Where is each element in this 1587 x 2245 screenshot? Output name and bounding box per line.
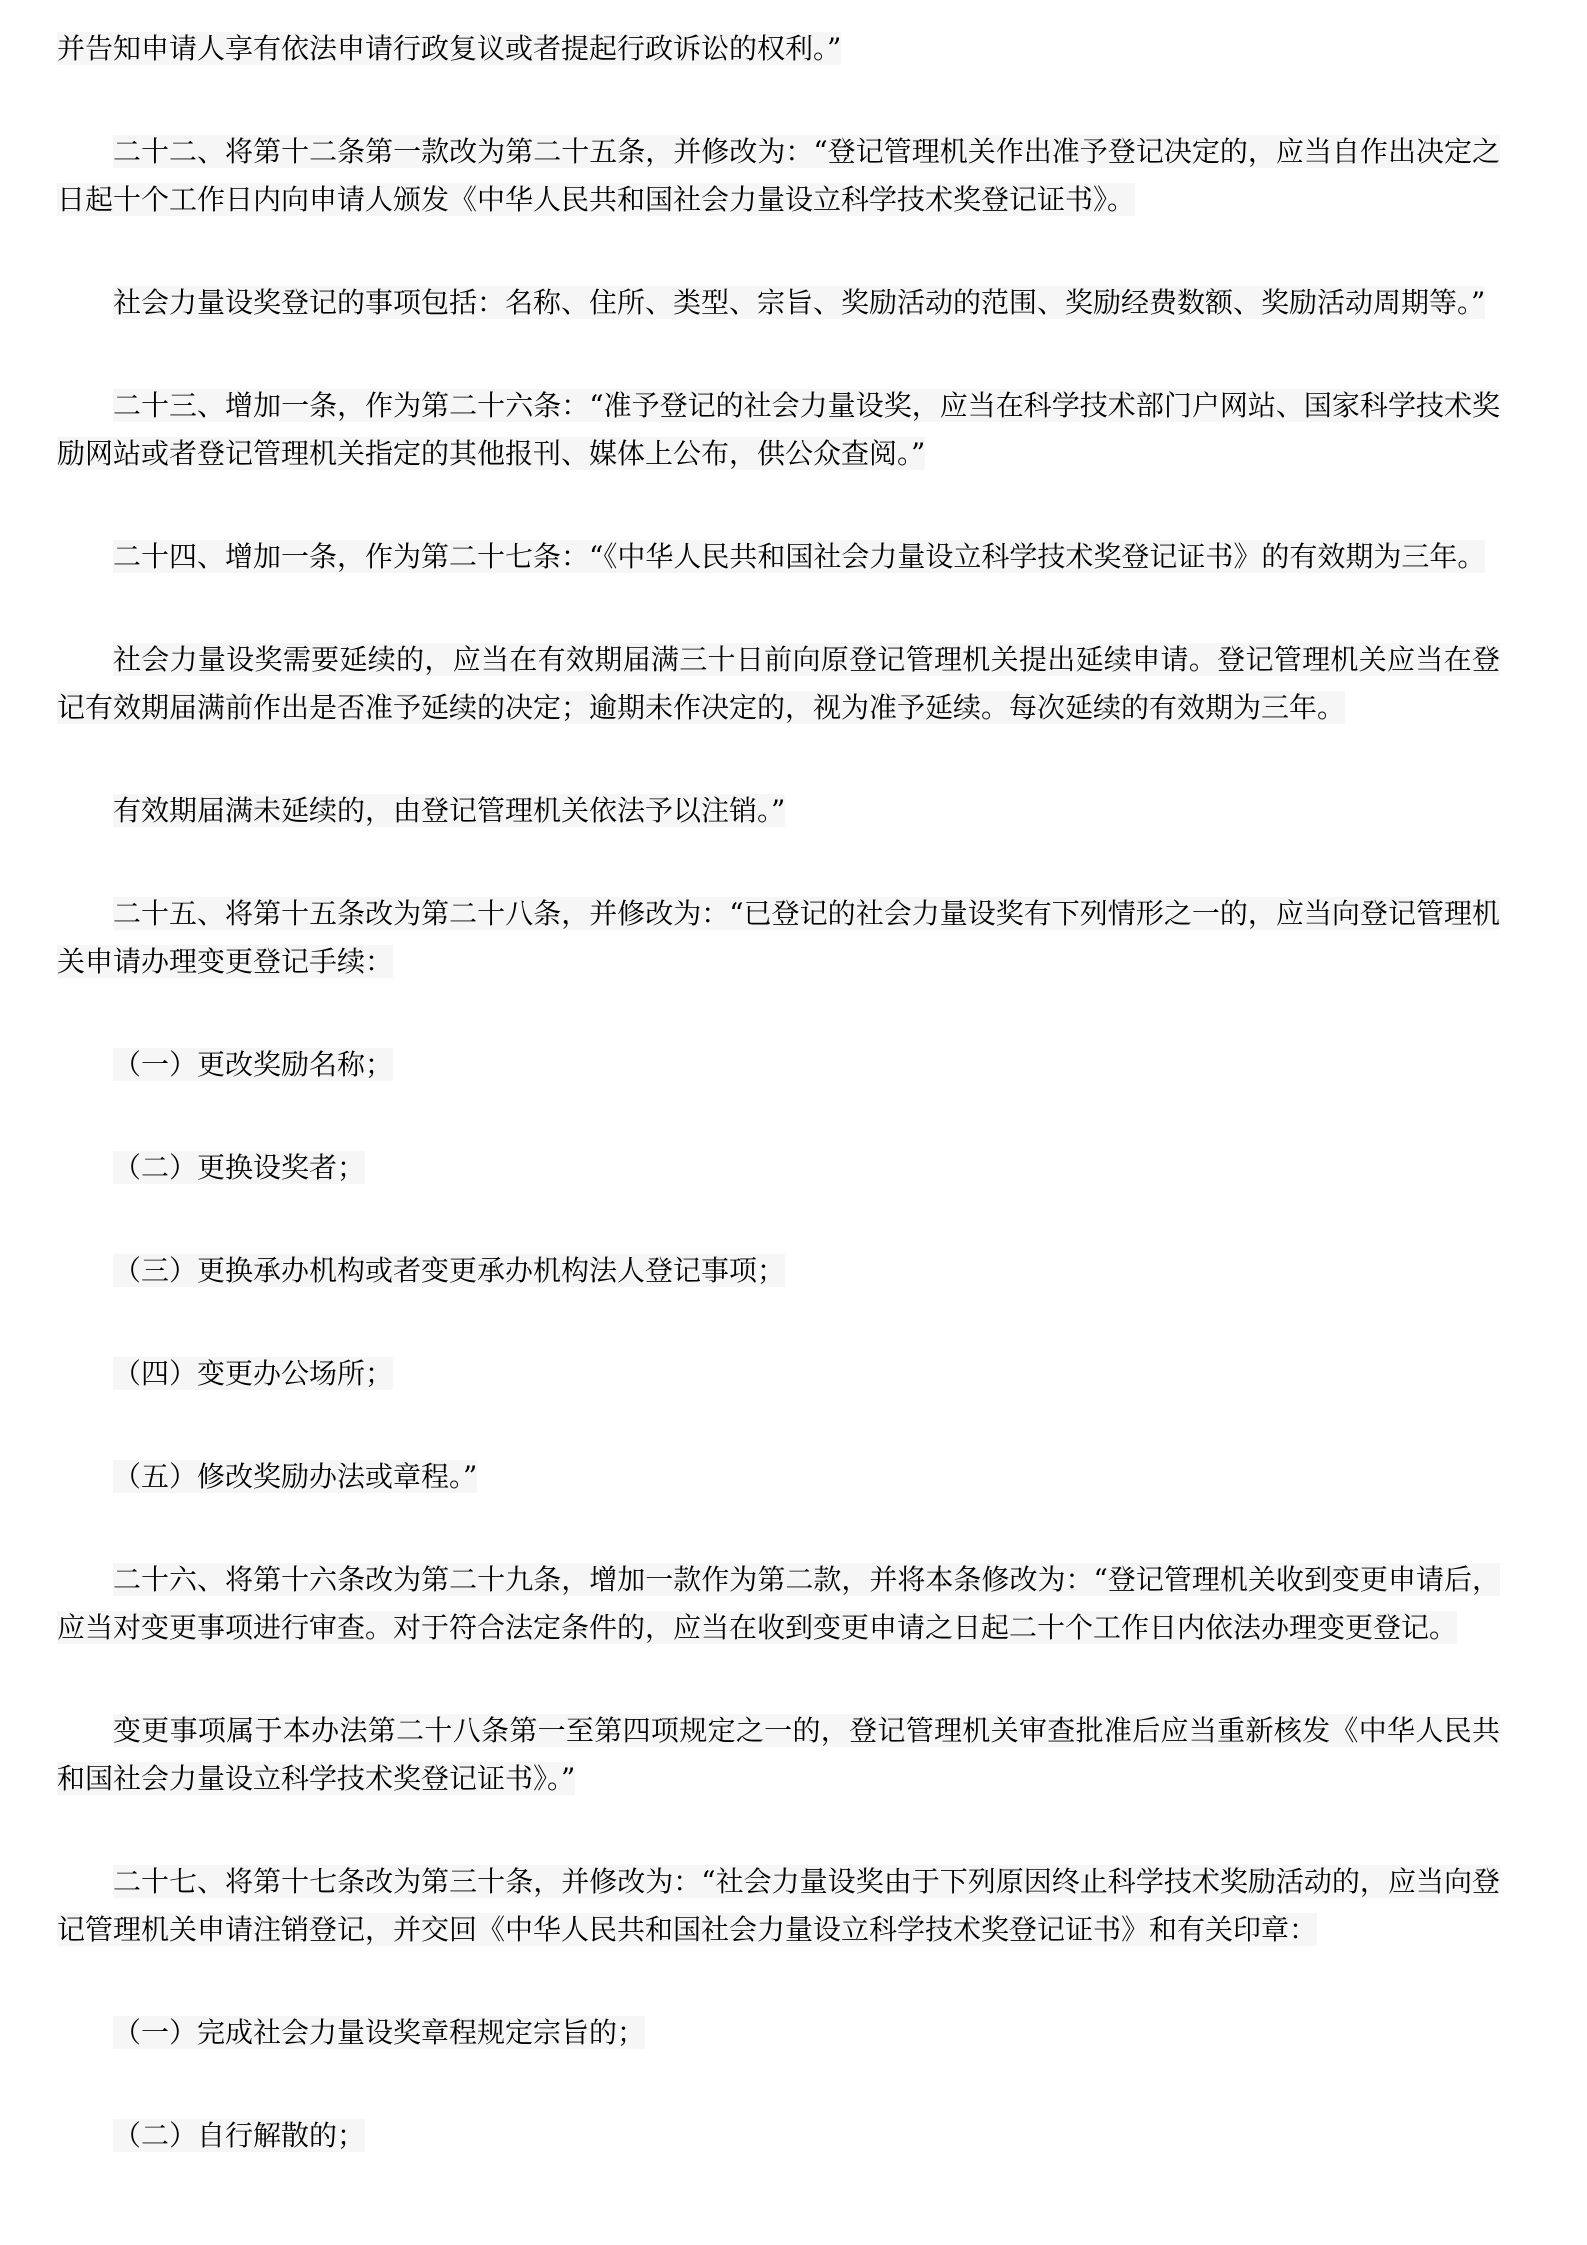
paragraph: 二十五、将第十五条改为第二十八条，并修改为：“已登记的社会力量设奖有下列情形之一… bbox=[57, 890, 1500, 986]
paragraph-text: 二十四、增加一条，作为第二十七条：“《中华人民共和国社会力量设立科学技术奖登记证… bbox=[113, 540, 1485, 573]
paragraph: 社会力量设奖需要延续的，应当在有效期届满三十日前向原登记管理机关提出延续申请。登… bbox=[57, 636, 1500, 732]
paragraph-list-item: （二）更换设奖者； bbox=[57, 1144, 1500, 1192]
paragraph-text: （四）变更办公场所； bbox=[113, 1357, 393, 1390]
paragraph-text: （一）完成社会力量设奖章程规定宗旨的； bbox=[113, 2016, 645, 2049]
paragraph-text: （三）更换承办机构或者变更承办机构法人登记事项； bbox=[113, 1254, 785, 1287]
paragraph: 二十四、增加一条，作为第二十七条：“《中华人民共和国社会力量设立科学技术奖登记证… bbox=[57, 533, 1500, 581]
paragraph-text: 社会力量设奖登记的事项包括：名称、住所、类型、宗旨、奖励活动的范围、奖励经费数额… bbox=[113, 286, 1485, 319]
paragraph: 二十三、增加一条，作为第二十六条：“准予登记的社会力量设奖，应当在科学技术部门户… bbox=[57, 382, 1500, 478]
paragraph: 二十六、将第十六条改为第二十九条，增加一款作为第二款，并将本条修改为：“登记管理… bbox=[57, 1556, 1500, 1652]
paragraph-text: 二十七、将第十七条改为第三十条，并修改为：“社会力量设奖由于下列原因终止科学技术… bbox=[57, 1865, 1500, 1946]
paragraph-text: 二十二、将第十二条第一款改为第二十五条，并修改为：“登记管理机关作出准予登记决定… bbox=[57, 135, 1500, 216]
paragraph-text: 二十六、将第十六条改为第二十九条，增加一款作为第二款，并将本条修改为：“登记管理… bbox=[57, 1563, 1500, 1644]
paragraph-text: 变更事项属于本办法第二十八条第一至第四项规定之一的，登记管理机关审查批准后应当重… bbox=[57, 1714, 1500, 1795]
document-page: 并告知申请人享有依法申请行政复议或者提起行政诉讼的权利。” 二十二、将第十二条第… bbox=[0, 0, 1587, 2245]
paragraph: 有效期届满未延续的，由登记管理机关依法予以注销。” bbox=[57, 787, 1500, 835]
paragraph: 社会力量设奖登记的事项包括：名称、住所、类型、宗旨、奖励活动的范围、奖励经费数额… bbox=[57, 279, 1500, 327]
paragraph-list-item: （一）更改奖励名称； bbox=[57, 1041, 1500, 1089]
paragraph-text: （五）修改奖励办法或章程。” bbox=[113, 1460, 477, 1493]
paragraph: 并告知申请人享有依法申请行政复议或者提起行政诉讼的权利。” bbox=[57, 25, 1500, 73]
paragraph: 变更事项属于本办法第二十八条第一至第四项规定之一的，登记管理机关审查批准后应当重… bbox=[57, 1707, 1500, 1803]
paragraph: 二十二、将第十二条第一款改为第二十五条，并修改为：“登记管理机关作出准予登记决定… bbox=[57, 128, 1500, 224]
paragraph-list-item: （四）变更办公场所； bbox=[57, 1350, 1500, 1398]
paragraph-text: 社会力量设奖需要延续的，应当在有效期届满三十日前向原登记管理机关提出延续申请。登… bbox=[57, 643, 1500, 724]
paragraph-list-item: （一）完成社会力量设奖章程规定宗旨的； bbox=[57, 2009, 1500, 2057]
paragraph-text: 有效期届满未延续的，由登记管理机关依法予以注销。” bbox=[113, 794, 785, 827]
paragraph-list-item: （二）自行解散的； bbox=[57, 2112, 1500, 2160]
paragraph-text: （二）自行解散的； bbox=[113, 2119, 365, 2152]
paragraph: 二十七、将第十七条改为第三十条，并修改为：“社会力量设奖由于下列原因终止科学技术… bbox=[57, 1858, 1500, 1954]
paragraph-text: （二）更换设奖者； bbox=[113, 1151, 365, 1184]
paragraph-text: 二十五、将第十五条改为第二十八条，并修改为：“已登记的社会力量设奖有下列情形之一… bbox=[57, 897, 1500, 978]
paragraph-text: （一）更改奖励名称； bbox=[113, 1048, 393, 1081]
paragraph-text: 并告知申请人享有依法申请行政复议或者提起行政诉讼的权利。” bbox=[57, 32, 841, 65]
paragraph-list-item: （五）修改奖励办法或章程。” bbox=[57, 1453, 1500, 1501]
paragraph-text: 二十三、增加一条，作为第二十六条：“准予登记的社会力量设奖，应当在科学技术部门户… bbox=[57, 389, 1500, 470]
paragraph-list-item: （三）更换承办机构或者变更承办机构法人登记事项； bbox=[57, 1247, 1500, 1295]
